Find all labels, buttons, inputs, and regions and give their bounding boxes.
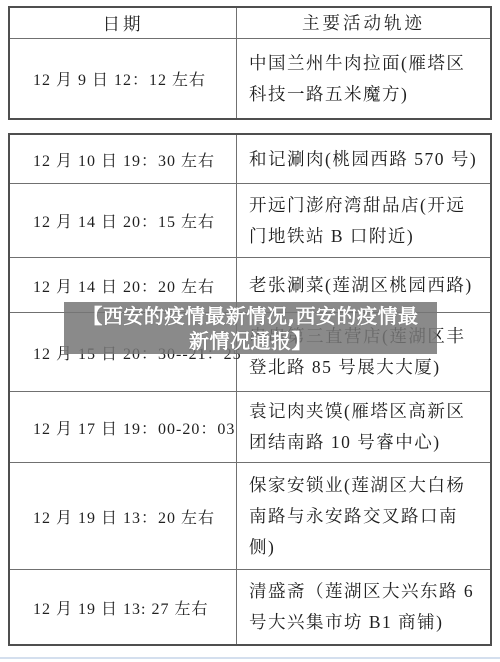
date-cell: 12 月 10 日 19：30 左右 [10, 135, 237, 183]
trajectory-document-page: 日期 主要活动轨迹 12 月 9 日 12：12 左右 中国兰州牛肉拉面(雁塔区… [0, 0, 500, 662]
watermark-overlay: 【西安的疫情最新情况,西安的疫情最 新情况通报】 [64, 302, 437, 354]
column-header-activity: 主要活动轨迹 [237, 8, 490, 38]
table-row: 12 月 19 日 13: 27 左右 清盛斋（莲湖区大兴东路 6 号大兴集市坊… [10, 569, 490, 644]
date-cell: 12 月 17 日 19：00-20：03 [10, 392, 237, 462]
trajectory-table-block-2: 12 月 10 日 19：30 左右 和记涮肉(桃园西路 570 号) 12 月… [8, 133, 492, 646]
activity-cell: 袁记肉夹馍(雁塔区高新区团结南路 10 号睿中心) [237, 392, 490, 462]
table-row: 12 月 19 日 13：20 左右 保家安锁业(莲湖区大白杨南路与永安路交叉路… [10, 462, 490, 569]
watermark-title-line1: 【西安的疫情最新情况,西安的疫情最 [64, 304, 437, 329]
date-cell: 12 月 14 日 20：15 左右 [10, 184, 237, 257]
activity-cell: 保家安锁业(莲湖区大白杨南路与永安路交叉路口南侧) [237, 463, 490, 569]
activity-cell: 清盛斋（莲湖区大兴东路 6 号大兴集市坊 B1 商铺) [237, 570, 490, 644]
date-cell: 12 月 9 日 12：12 左右 [10, 39, 237, 118]
activity-cell: 和记涮肉(桃园西路 570 号) [237, 135, 490, 183]
watermark-title-line2: 新情况通报】 [64, 329, 437, 354]
activity-cell: 中国兰州牛肉拉面(雁塔区科技一路五米魔方) [237, 39, 490, 118]
bottom-divider-line [0, 657, 500, 659]
table-row: 12 月 10 日 19：30 左右 和记涮肉(桃园西路 570 号) [10, 135, 490, 183]
date-cell: 12 月 19 日 13：20 左右 [10, 463, 237, 569]
trajectory-table-block-1: 日期 主要活动轨迹 12 月 9 日 12：12 左右 中国兰州牛肉拉面(雁塔区… [8, 6, 492, 120]
column-header-date: 日期 [10, 8, 237, 38]
activity-cell: 开远门澎府湾甜品店(开远门地铁站 B 口附近) [237, 184, 490, 257]
table-header-row: 日期 主要活动轨迹 [10, 8, 490, 38]
table-row: 12 月 17 日 19：00-20：03 袁记肉夹馍(雁塔区高新区团结南路 1… [10, 391, 490, 462]
date-cell: 12 月 19 日 13: 27 左右 [10, 570, 237, 644]
table-row: 12 月 9 日 12：12 左右 中国兰州牛肉拉面(雁塔区科技一路五米魔方) [10, 38, 490, 118]
table-row: 12 月 14 日 20：15 左右 开远门澎府湾甜品店(开远门地铁站 B 口附… [10, 183, 490, 257]
